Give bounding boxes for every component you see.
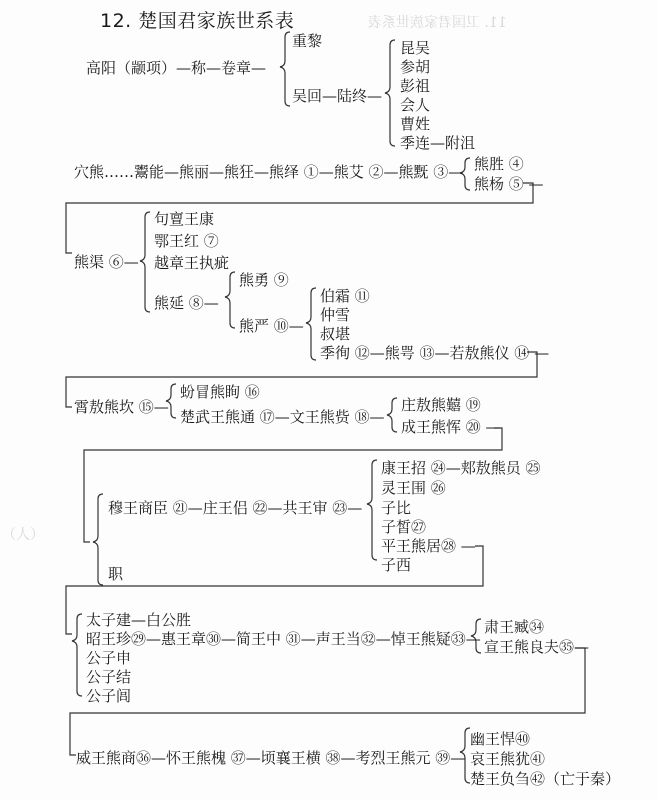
r7-son: 幽王悍㊵ xyxy=(470,731,530,748)
r3-grandson: 季徇 ⑫—熊咢 ⑬—若敖熊仪 ⑭ — xyxy=(320,345,549,362)
r7-line: 威王熊商㊱—怀王熊槐 ㊲—顷襄王横 ㊳—考烈王熊元 ㊴— xyxy=(76,750,465,767)
r4-son: 蚡冒熊眴 ⑯ xyxy=(180,384,260,401)
r5-son: 子比 xyxy=(381,500,411,517)
r5-son: 子皙㉗ xyxy=(381,519,426,536)
r6-son: 公子结 xyxy=(86,669,131,686)
r3-son: 鄂王红 ⑦ xyxy=(154,233,219,250)
r6-son: 公子申 xyxy=(86,650,131,667)
r2-son: 熊杨 ⑤ — xyxy=(474,176,544,193)
r3-son: 句亶王康 xyxy=(154,211,214,228)
r5-son: 子西 xyxy=(381,557,411,574)
r3-grandson: 仲雪 xyxy=(320,307,350,324)
r7-son: 楚王负刍㊷（亡于秦） xyxy=(470,771,620,788)
r2-son: 熊胜 ④ xyxy=(474,156,524,173)
r6-son: 昭王珍㉙—惠王章㉚—简王中 ㉛—声王当㉜—悼王熊疑㉝— xyxy=(86,631,481,648)
r1-branch-zhongli: 重黎 xyxy=(292,33,322,50)
r5-line: 穆王商臣 ㉑—庄王侣 ㉒—共王审 ㉓— xyxy=(108,500,362,517)
r3-grandson: 伯霜 ⑪ xyxy=(320,288,370,305)
r6-next: 肃王臧㉞ xyxy=(484,619,544,636)
r3-yan-son: 熊严 ⑩— xyxy=(239,318,304,335)
r1-son: 昆吴 xyxy=(400,40,430,57)
r4-root: 霄敖熊坎 ⑮— xyxy=(74,399,169,416)
r5-son: 灵王围 ㉖ xyxy=(381,480,446,497)
r1-son: 曹姓 xyxy=(400,116,430,133)
r3-xiongyan: 熊延 ⑧— xyxy=(154,295,219,312)
r1-son: 季连—附沮 xyxy=(400,135,475,152)
r4-grandson: 成王熊恽 ⑳ — xyxy=(401,419,501,436)
r5-son: 平王熊居㉘ — xyxy=(381,538,476,555)
r6-son: 太子建—白公胜 xyxy=(86,612,191,629)
r5-son: 康王招 ㉔—郏敖熊员 ㉕ xyxy=(381,460,541,477)
r1-root: 高阳（颛项）—称—卷章— xyxy=(86,60,266,77)
r7-son: 哀王熊犹㊶ xyxy=(470,751,545,768)
r3-yan-son: 熊勇 ⑨ xyxy=(239,272,289,289)
r3-root: 熊渠 ⑥— xyxy=(74,254,139,271)
r3-son: 越章王执疵 xyxy=(154,255,229,272)
r4-grandson: 庄敖熊囏 ⑲ xyxy=(401,397,481,414)
r4-son: 楚武王熊通 ⑰—文王熊赀 ⑱— xyxy=(180,409,385,426)
r2-line: 穴熊……鬻能—熊丽—熊狂—熊绎 ①—熊艾 ②—熊黖 ③— xyxy=(74,164,463,181)
r5-other: 职 xyxy=(108,566,123,583)
r6-son: 公子闾 xyxy=(86,688,131,705)
r1-son: 会人 xyxy=(400,97,430,114)
r1-son: 彭祖 xyxy=(400,78,430,95)
r3-grandson: 叔堪 xyxy=(320,326,350,343)
r1-branch-wuhui: 吴回—陆终— xyxy=(292,88,382,105)
r1-son: 参胡 xyxy=(400,59,430,76)
r6-next: 宣王熊良夫㉟— xyxy=(484,639,589,656)
